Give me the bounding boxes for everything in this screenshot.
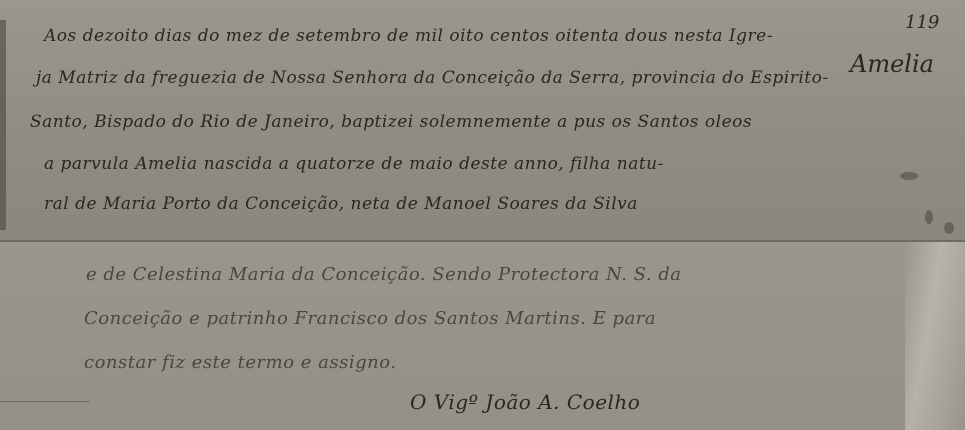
page-edge	[0, 20, 6, 230]
record-bottom-strip: e de Celestina Maria da Conceição. Sendo…	[0, 240, 965, 430]
margin-rule	[0, 401, 90, 402]
ink-stain	[944, 222, 954, 234]
record-line-6: e de Celestina Maria da Conceição. Sendo…	[86, 264, 682, 285]
record-line-3: Santo, Bispado do Rio de Janeiro, baptiz…	[30, 112, 752, 132]
record-line-8: constar fiz este termo e assigno.	[84, 352, 396, 373]
document-scan: Aos dezoito dias do mez de setembro de m…	[0, 0, 965, 430]
record-line-4: a parvula Amelia nascida a quatorze de m…	[44, 154, 664, 174]
record-line-7: Conceição e patrinho Francisco dos Santo…	[84, 308, 656, 329]
paper-fold	[905, 242, 965, 430]
ink-stain	[900, 172, 918, 180]
record-top-strip: Aos dezoito dias do mez de setembro de m…	[0, 0, 965, 240]
record-line-5: ral de Maria Porto da Conceição, neta de…	[44, 194, 638, 214]
priest-signature: O Vigº João A. Coelho	[410, 390, 640, 414]
record-line-1: Aos dezoito dias do mez de setembro de m…	[44, 26, 773, 46]
ink-stain	[925, 210, 933, 224]
record-line-2: ja Matriz da freguezia de Nossa Senhora …	[36, 68, 829, 88]
margin-record-number: 119	[905, 12, 939, 33]
margin-child-name: Amelia	[850, 50, 934, 78]
